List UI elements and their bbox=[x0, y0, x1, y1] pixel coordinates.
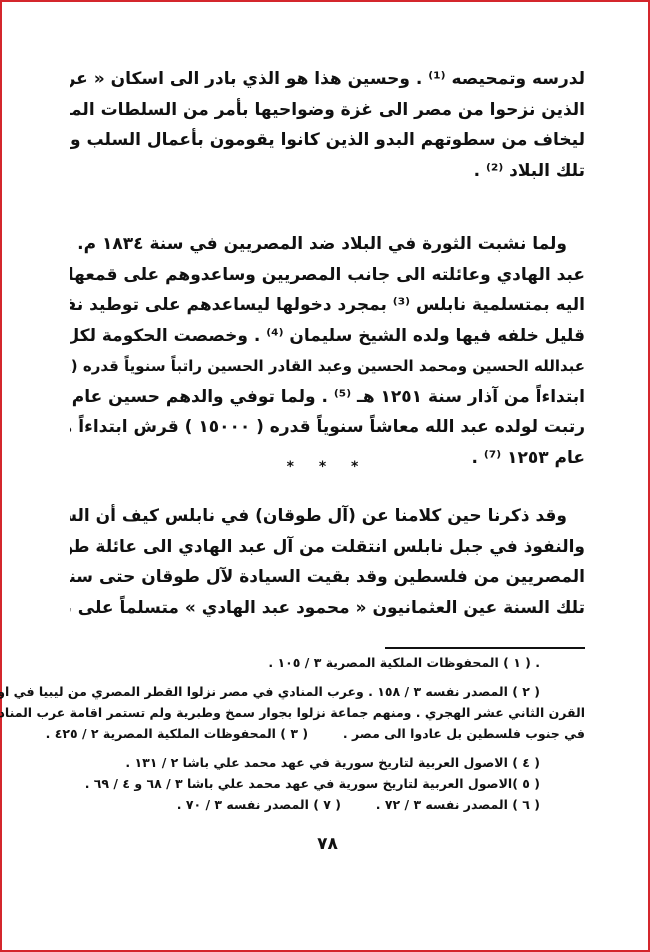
footnotes: . ( ١ ) المحفوظات الملكية المصرية ٣ / ١٠… bbox=[70, 652, 585, 815]
text-line: الذين نزحوا من مصر الى غزة وضواحيها بأمر… bbox=[70, 95, 585, 126]
paragraph-3: وقد ذكرنا حين كلامنا عن (آل طوقان) في نا… bbox=[70, 501, 585, 623]
footnote-1: . ( ١ ) المحفوظات الملكية المصرية ٣ / ١٠… bbox=[70, 652, 585, 673]
footnote-divider bbox=[385, 647, 585, 649]
paragraph-2: ولما نشبت الثورة في البلاد ضد المصريين ف… bbox=[70, 229, 585, 473]
footnote-4: ( ٤ ) الاصول العربية لتاريخ سورية في عهد… bbox=[70, 752, 585, 773]
text-line: ابتداءاً من آذار سنة ١٢٥١ هـ ⁽⁵⁾ . ولما … bbox=[70, 382, 585, 413]
text-line: عبد الهادي وعائلته الى جانب المصريين وسا… bbox=[70, 260, 585, 291]
footnote-2-continued: القرن الثاني عشر الهجري . ومنهم جماعة نز… bbox=[70, 702, 585, 723]
text-line: ليخاف من سطوتهم البدو الذين كانوا يقومون… bbox=[70, 125, 585, 156]
text-line: وقد ذكرنا حين كلامنا عن (آل طوقان) في نا… bbox=[70, 501, 585, 532]
paragraph-1: لدرسه وتمحيصه ⁽¹⁾ . وحسين هذا هو الذي با… bbox=[70, 64, 585, 186]
text-line: المصريين من فلسطين وقد بقيت السيادة لآل … bbox=[70, 562, 585, 593]
footnote-2: ( ٢ ) المصدر نفسه ٣ / ١٥٨ . وعرب المنادي… bbox=[70, 681, 585, 702]
text-line: عبدالله الحسين ومحمد الحسين وعبد القادر … bbox=[70, 351, 585, 382]
footnote-6-7: ( ٦ ) المصدر نفسه ٣ / ٧٢ . ( ٧ ) المصدر … bbox=[70, 794, 585, 815]
text-line: قليل خلفه فيها ولده الشيخ سليمان ⁽⁴⁾ . و… bbox=[70, 321, 585, 352]
footnote-2-3: في جنوب فلسطين بل عادوا الى مصر . ( ٣ ) … bbox=[70, 723, 585, 744]
text-line: ولما نشبت الثورة في البلاد ضد المصريين ف… bbox=[70, 229, 585, 260]
text-line: رتبت لولده عبد الله معاشاً سنوياً قدره (… bbox=[70, 412, 585, 443]
text-line: تلك البلاد ⁽²⁾ . bbox=[70, 156, 585, 187]
page-number: ٧٨ bbox=[70, 834, 585, 854]
text-line: اليه بمتسلمية نابلس ⁽³⁾ بمجرد دخولها ليس… bbox=[70, 290, 585, 321]
section-separator: * * * bbox=[70, 459, 585, 475]
text-line: تلك السنة عين العثمانيون « محمود عبد اله… bbox=[70, 593, 585, 624]
footnote-5: ( ٥ )الاصول العربية لتاريخ سورية في عهد … bbox=[70, 773, 585, 794]
text-line: لدرسه وتمحيصه ⁽¹⁾ . وحسين هذا هو الذي با… bbox=[70, 64, 585, 95]
text-line: والنفوذ في جبل نابلس انتقلت من آل عبد ال… bbox=[70, 532, 585, 563]
